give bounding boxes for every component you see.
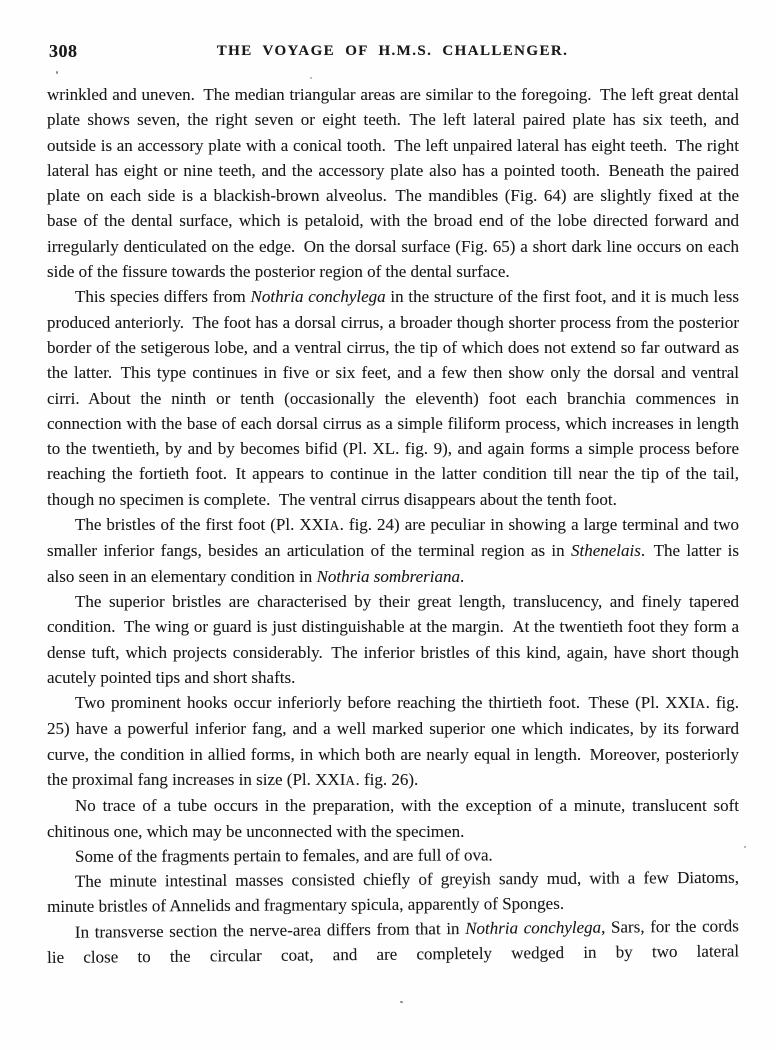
text-run: wrinkled and uneven. The median triangul… — [47, 85, 739, 281]
smallcap-letter: A — [330, 518, 340, 533]
text-run: The superior bristles are characterised … — [47, 592, 739, 687]
page-header: 308 THE VOYAGE OF H.M.S. CHALLENGER. — [49, 41, 736, 63]
scan-speck — [56, 71, 58, 74]
running-title: THE VOYAGE OF H.M.S. CHALLENGER. — [49, 43, 736, 60]
paragraph: No trace of a tube occurs in the prepara… — [47, 793, 739, 844]
text-run: The bristles of the first foot (Pl. XXI — [75, 515, 330, 534]
paragraph: The bristles of the first foot (Pl. XXIA… — [47, 512, 739, 589]
paragraph: In transverse section the nerve-area dif… — [47, 913, 739, 970]
page-body: wrinkled and uneven. The median triangul… — [47, 82, 739, 970]
species-name: Nothria conchylega — [465, 917, 601, 937]
scan-speck — [400, 1001, 403, 1003]
text-run: In transverse section the nerve-area dif… — [75, 919, 465, 942]
paragraph: The minute intestinal masses consisted c… — [47, 865, 739, 920]
paragraph: wrinkled and uneven. The median triangul… — [47, 82, 739, 284]
species-name: Nothria sombreriana — [317, 567, 460, 586]
species-name: Sthenelais — [571, 541, 641, 560]
text-run: Two prominent hooks occur inferiorly bef… — [75, 693, 695, 712]
species-name: Nothria conchylega — [251, 287, 386, 306]
paragraph: The superior bristles are characterised … — [47, 589, 739, 690]
smallcap-letter: A — [345, 773, 355, 788]
text-run: Some of the fragments pertain to females… — [75, 845, 493, 865]
paragraph: Two prominent hooks occur inferiorly bef… — [47, 690, 739, 793]
paragraph: This species differs from Nothria conchy… — [47, 284, 739, 512]
book-page: 308 THE VOYAGE OF H.M.S. CHALLENGER. wri… — [0, 0, 776, 1050]
text-run: . fig. 26). — [355, 770, 418, 789]
text-run: No trace of a tube occurs in the prepara… — [47, 796, 739, 840]
smallcap-letter: A — [695, 696, 705, 711]
scan-speck — [310, 77, 312, 79]
scan-speck — [744, 846, 746, 848]
text-run: in the structure of the first foot, and … — [47, 287, 739, 508]
text-run: The minute intestinal masses consisted c… — [47, 868, 739, 917]
text-run: . — [460, 567, 464, 586]
text-run: This species differs from — [75, 287, 251, 306]
